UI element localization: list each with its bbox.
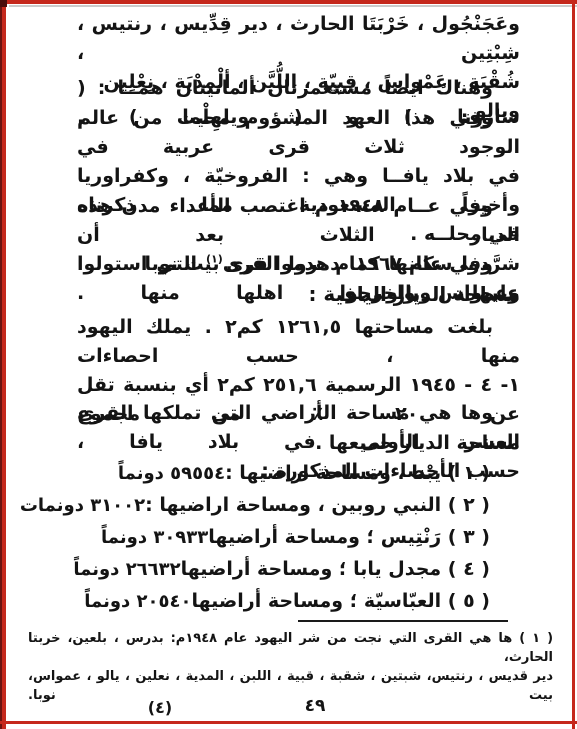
frame-bottom-line xyxy=(0,721,577,724)
footnote: ( ١ ) ها هي القرى التي نجت من شر اليهود … xyxy=(28,629,553,705)
page-number-secondary: (٤) xyxy=(135,698,185,717)
list-item-label: ( ١ ) يبْنا ، ومساحة اراضيها : xyxy=(225,462,490,484)
text-line: وعَجَنْجُول ، خَرْبَتَا الحارث ، دير قِد… xyxy=(77,10,520,68)
list-item-value: ٣٠٩٣٣ دونماً xyxy=(101,527,208,548)
list-item-label: ( ٣ ) رَنْتِيس ؛ ومساحة أراضيها xyxy=(208,526,490,548)
list-item: ( ٢ ) النبي روبين ، ومساحة اراضيها : ٣١٠… xyxy=(143,494,490,526)
page-number: ٤٩ xyxy=(290,696,340,716)
list-item-label: ( ٤ ) مجدل يابا ؛ ومساحة أراضيها xyxy=(181,558,490,580)
list-item-value: ٥٩٥٥٤ دونماً xyxy=(118,463,225,484)
list-item-value: ٢٠٥٤٠ دونماً xyxy=(84,591,191,612)
frame-top-line xyxy=(0,0,577,4)
list-item: ( ١ ) يبْنا ، ومساحة اراضيها : ٥٩٥٥٤ دون… xyxy=(143,462,490,494)
text-line: وفي هذا العهد المشؤوم محيت من عالم الوجو… xyxy=(77,104,520,162)
list-item: ( ٥ ) العبّاسيّة ؛ ومساحة أراضيها ٢٠٥٤٠ … xyxy=(143,590,490,622)
list-item: ( ٣ ) رَنْتِيس ؛ ومساحة أراضيها ٣٠٩٣٣ دو… xyxy=(143,526,490,558)
book-page-scan: وعَجَنْجُول ، خَرْبَتَا الحارث ، دير قِد… xyxy=(0,0,577,729)
footnote-separator xyxy=(298,620,508,622)
list-item-value: ٢٦٦٣٢ دونماً xyxy=(73,559,180,580)
text-line: وفي عــام ١٩٤٨ م اغتصب الأعداء مدن هذه ا… xyxy=(77,192,520,250)
frame-corner-mark xyxy=(0,0,7,7)
text-line: بلغت مساحتها ١٢٦١,٥ كم٢ . يملك اليهود من… xyxy=(77,313,520,371)
list-item: ( ٤ ) مجدل يابا ؛ ومساحة أراضيها ٢٦٦٣٢ د… xyxy=(143,558,490,590)
list-item-label: ( ٥ ) العبّاسيّة ؛ ومساحة أراضيها xyxy=(191,590,490,612)
section-heading: مساحة الديار اليافية : xyxy=(77,280,520,309)
frame-right-line xyxy=(572,0,575,729)
section-heading-text: مساحة الديار اليافية : xyxy=(77,280,520,309)
footnote-line: ( ١ ) ها هي القرى التي نجت من شر اليهود … xyxy=(28,629,553,667)
village-land-area-list: ( ١ ) يبْنا ، ومساحة اراضيها : ٥٩٥٥٤ دون… xyxy=(143,462,490,622)
list-item-label: ( ٢ ) النبي روبين ، ومساحة اراضيها : xyxy=(145,494,490,516)
frame-left-line xyxy=(2,0,6,729)
frame-gray-line xyxy=(9,5,577,7)
list-item-value: ٣١٠٠٢ دونمات xyxy=(20,495,145,516)
text-line: وها هي مساحة الأراضي التي تملكها القرى ا… xyxy=(77,399,520,457)
